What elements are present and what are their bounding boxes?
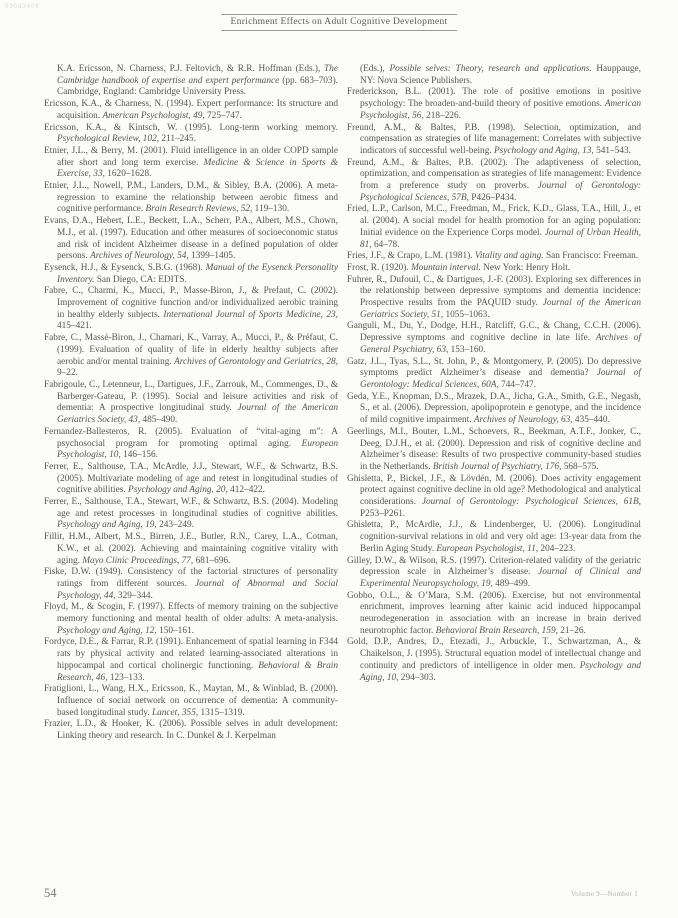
journal-page: 09083408 Enrichment Effects on Adult Cog… xyxy=(0,0,678,918)
reference-entry: Gobbo, O.L., & O’Mara, S.M. (2006). Exer… xyxy=(347,591,641,638)
reference-entry: Geda, Y.E., Knopman, D.S., Mrazek, D.A.,… xyxy=(347,392,641,427)
reference-entry: Fuhrer, R., Dufouil, C., & Dartigues, J.… xyxy=(347,275,641,322)
reference-entry: K.A. Ericsson, N. Charness, P.J. Feltovi… xyxy=(44,64,338,99)
reference-entry: Fabrigoule, C., Letenneur, L., Dartigues… xyxy=(44,380,338,427)
reference-entry: Fabre, C., Massé-Biron, J., Chamari, K.,… xyxy=(44,333,338,380)
reference-entry: Fries, J.F., & Crapo, L.M. (1981). Vital… xyxy=(347,251,641,263)
references-column-right: (Eds.), Possible selves: Theory, researc… xyxy=(347,64,641,743)
running-head-container: Enrichment Effects on Adult Cognitive De… xyxy=(0,11,678,31)
page-number: 54 xyxy=(44,886,57,901)
references-section: K.A. Ericsson, N. Charness, P.J. Feltovi… xyxy=(44,64,641,743)
reference-entry: Freund, A.M., & Baltes, P.B. (2002). The… xyxy=(347,158,641,205)
reference-entry: Frederickson, B.L. (2001). The role of p… xyxy=(347,87,641,122)
reference-entry: Freund, A.M., & Baltes, P.B. (1998). Sel… xyxy=(347,123,641,158)
volume-number-label: Volume 9—Number 1 xyxy=(571,890,638,898)
reference-entry: Ganguli, M., Du, Y., Dodge, H.H., Ratcli… xyxy=(347,321,641,356)
reference-entry: Fiske, D.W. (1949). Consistency of the f… xyxy=(44,567,338,602)
reference-entry: Evans, D.A., Hebert, L.E., Beckett, L.A.… xyxy=(44,216,338,263)
reference-entry: Fried, L.P., Carlson, M.C., Freedman, M.… xyxy=(347,204,641,251)
reference-entry: Etnier, J.L., Nowell, P.M., Landers, D.M… xyxy=(44,181,338,216)
reference-entry: Floyd, M., & Scogin, F. (1997). Effects … xyxy=(44,602,338,637)
reference-entry: Ericsson, K.A., & Charness, N. (1994). E… xyxy=(44,99,338,122)
reference-entry: Ferrer, E., Salthouse, T.A., McArdle, J.… xyxy=(44,462,338,497)
reference-entry: Ericsson, K.A., & Kintsch, W. (1995). Lo… xyxy=(44,123,338,146)
reference-entry: Fabre, C., Charmi, K., Mucci, P., Masse-… xyxy=(44,286,338,333)
reference-entry: Fillit, H.M., Albert, M.S., Birren, J.E.… xyxy=(44,532,338,567)
reference-entry: Frost, R. (1920). Mountain interval. New… xyxy=(347,263,641,275)
reference-entry: Eysenck, H.J., & Eysenck, S.B.G. (1968).… xyxy=(44,263,338,286)
reference-entry: Gatz, J.L., Tyas, S.L., St. John, P., & … xyxy=(347,357,641,392)
reference-entry: Ghisletta, P., Bickel, J.F., & Lövdén, M… xyxy=(347,474,641,521)
reference-entry: Fratiglioni, L., Wang, H.X., Ericsson, K… xyxy=(44,684,338,719)
scan-watermark-id: 09083408 xyxy=(5,4,40,10)
reference-entry: Gilley, D.W., & Wilson, R.S. (1997). Cri… xyxy=(347,556,641,591)
running-head-title: Enrichment Effects on Adult Cognitive De… xyxy=(221,14,458,31)
references-column-left: K.A. Ericsson, N. Charness, P.J. Feltovi… xyxy=(44,64,338,743)
reference-entry: Gold, D.P., Andres, D., Etezadi, J., Arb… xyxy=(347,637,641,684)
reference-entry: Geerlings, M.I., Bouter, L.M., Schoevers… xyxy=(347,427,641,474)
reference-entry: Ferrer, E., Salthouse, T.A., Stewart, W.… xyxy=(44,497,338,532)
reference-entry: Frazier, L.D., & Hooker, K. (2006). Poss… xyxy=(44,719,338,742)
reference-entry: Fordyce, D.E., & Farrar, R.P. (1991). En… xyxy=(44,637,338,684)
reference-entry: Fernandez-Ballesteros, R. (2005). Evalua… xyxy=(44,427,338,462)
reference-entry: Ghisletta, P., McArdle, J.J., & Lindenbe… xyxy=(347,520,641,555)
reference-entry: Etnier, J.L., & Berry, M. (2001). Fluid … xyxy=(44,146,338,181)
reference-entry: (Eds.), Possible selves: Theory, researc… xyxy=(347,64,641,87)
